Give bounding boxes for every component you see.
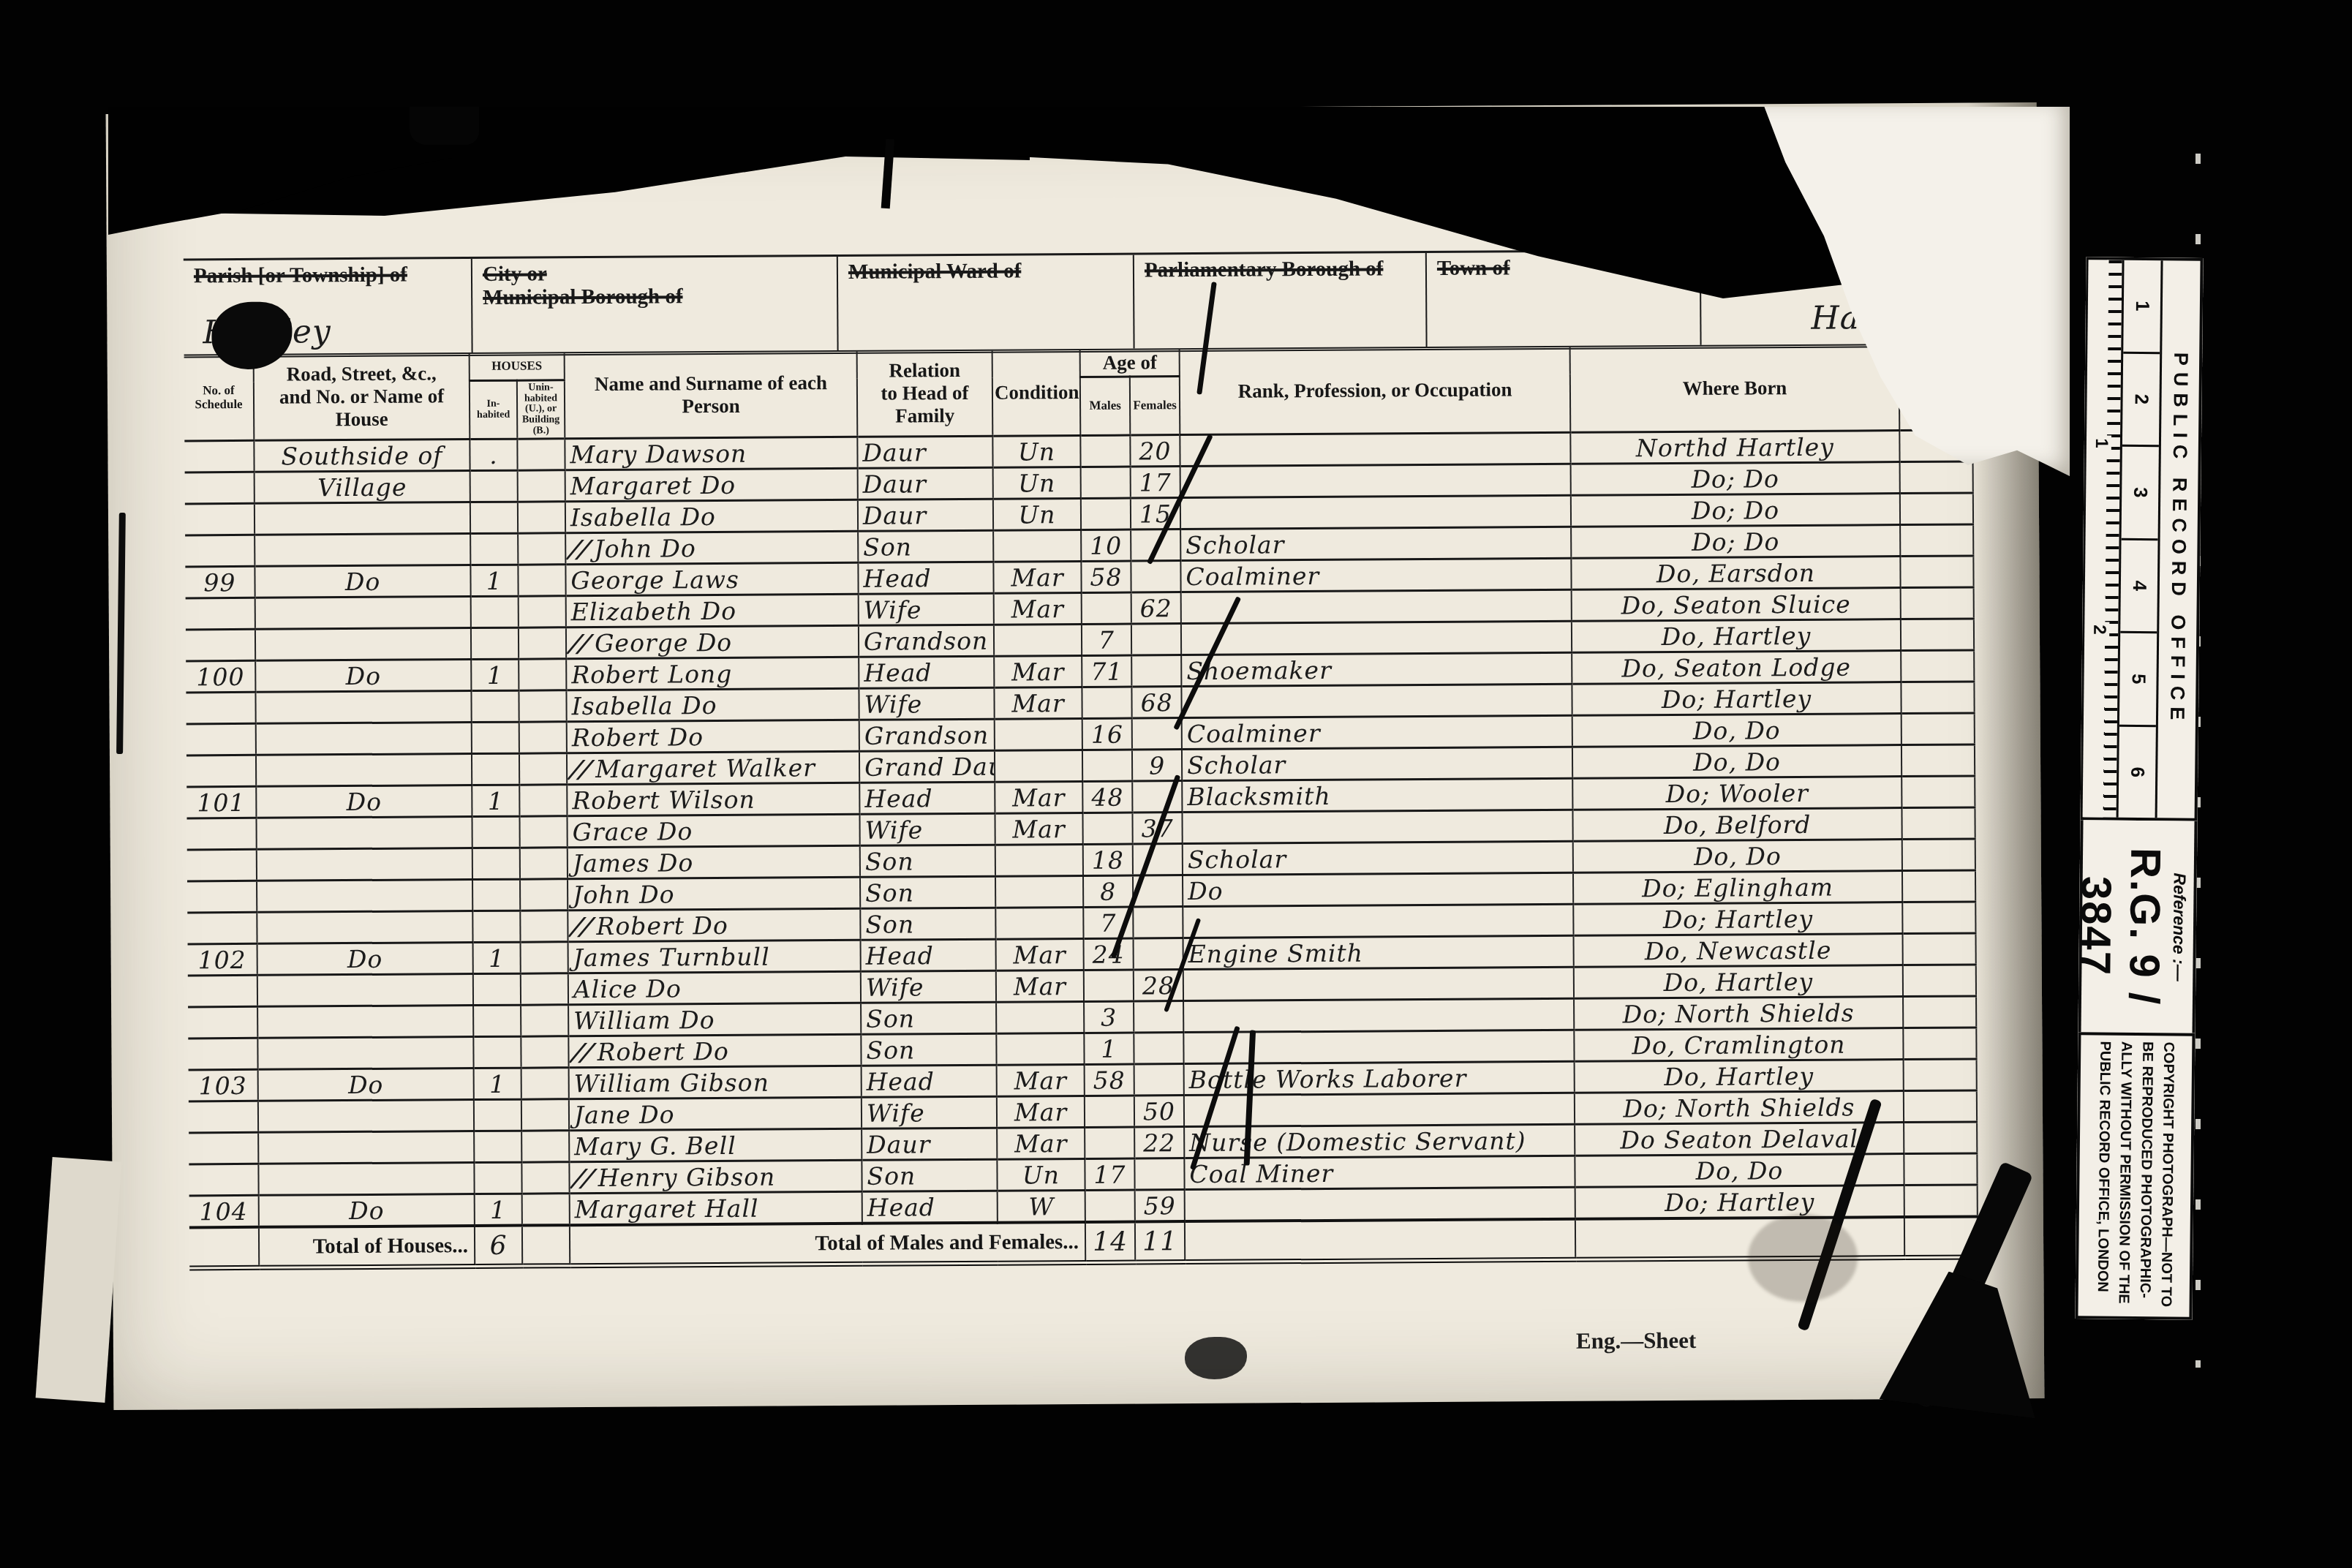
pen-stroke [116,513,126,754]
cell-road [257,880,472,913]
cell-uninhabited [521,1099,569,1131]
cell-condition: Un [997,1159,1085,1191]
cell-trailing [1902,902,1975,934]
cell-trailing [1901,745,1975,777]
cell-born: Northd Hartley [1570,431,1899,464]
cell-born: Do, Cramlington [1574,1028,1903,1062]
cell-inhabited [471,628,519,660]
totals-houses-label: Total of Houses... [259,1226,475,1268]
cell-age-male: 48 [1082,782,1132,813]
person-name: Alice Do [573,974,682,1003]
cell-relation: Son [861,1034,996,1066]
cell-relation: Grandson [859,720,995,752]
cell-inhabited: 1 [470,565,518,597]
cell-relation: Head [859,783,995,815]
person-name: Jane Do [574,1100,675,1129]
cell-uninhabited [519,659,566,690]
cell-condition: Mar [995,782,1082,814]
cell-road [258,1131,474,1164]
cell-age-male: 10 [1081,530,1131,562]
cell-occupation [1183,999,1574,1033]
location-field: City or Municipal Borough of [472,257,839,353]
cell-schedule [185,472,255,505]
adjacent-page-edge [36,1157,122,1403]
pro-office-title: PUBLIC RECORD OFFICE [2157,260,2200,818]
cell-road: Do [255,565,470,598]
cell-born: Do; Hartley [1575,1186,1904,1219]
cell-age-female [1131,624,1181,655]
cell-schedule [184,441,254,473]
totals-mf-label: Total of Males and Females... [570,1222,1085,1266]
cell-schedule: 100 [186,661,255,693]
cell-trailing [1902,870,1975,902]
cell-trailing [1901,650,1974,682]
cell-road [258,1100,474,1133]
cell-schedule [186,693,255,725]
totals-empty [189,1227,259,1269]
cell-name: //George Do [566,626,859,659]
cell-condition [995,845,1083,877]
cell-age-female: 59 [1135,1190,1185,1221]
sheet-footer-label: Eng.—Sheet [1576,1327,1697,1354]
col-name: Name and Surname of each Person [565,352,858,439]
cell-uninhabited [518,533,565,565]
cell-trailing [1901,776,1975,808]
cell-born: Do; Eglingham [1573,871,1902,905]
ruler-number: 5 [2119,633,2157,727]
cell-schedule [187,881,257,913]
cell-schedule [188,1007,257,1039]
ruler-numbers: 123456 [2119,260,2163,818]
cell-uninhabited [518,470,565,502]
cell-trailing [1904,1122,1977,1154]
cell-schedule [189,1164,258,1196]
col-males: Males [1080,377,1130,436]
ruler-number: 2 [2122,353,2160,447]
cell-trailing [1904,1185,1978,1217]
cell-age-male: 7 [1082,625,1131,656]
cell-inhabited [472,911,520,943]
cell-uninhabited [521,1131,569,1162]
cell-name: John Do [568,878,860,911]
cell-name: Jane Do [569,1098,862,1131]
cell-condition: Mar [996,939,1084,971]
col-born: Where Born [1570,345,1900,433]
cell-schedule [187,850,257,882]
col-females: Females [1130,377,1180,436]
cell-age-female [1133,844,1183,875]
person-name: Elizabeth Do [571,597,736,626]
cell-relation: Head [859,657,994,689]
cell-name: William Do [568,1003,861,1036]
cell-name: Alice Do [568,972,861,1005]
cell-uninhabited [519,627,566,659]
cell-age-female [1132,718,1182,750]
cell-road [257,911,472,944]
location-field: Parliamentary Borough of [1134,253,1428,348]
cell-condition: Mar [997,1128,1085,1160]
cell-occupation: Scholar [1183,842,1573,875]
cell-born: Do, Seaton Lodge [1572,651,1901,685]
cell-name: Elizabeth Do [566,595,859,627]
cell-condition: Mar [994,687,1082,720]
person-name: John Do [573,880,675,909]
cell-born: Do; North Shields [1574,997,1903,1030]
cell-inhabited [473,974,521,1006]
cell-schedule: 102 [188,944,257,976]
cell-road [257,1037,473,1070]
location-field-label: City or Municipal Borough of [483,261,829,310]
person-name: Mary Dawson [570,440,747,469]
cell-trailing [1904,1059,1977,1091]
cell-occupation [1181,590,1572,624]
cell-age-male: 1 [1084,1033,1134,1065]
cell-age-male: 24 [1084,939,1134,970]
cell-uninhabited [521,973,568,1005]
cell-schedule [185,504,255,536]
cell-trailing [1900,556,1973,588]
cell-name: Isabella Do [565,500,858,533]
cell-inhabited: 1 [472,785,519,817]
cell-trailing [1903,965,1976,997]
cell-schedule [188,1039,257,1071]
col-houses: HOUSES [470,353,565,380]
cell-road: Do [257,943,473,976]
cell-inhabited [470,471,518,502]
col-inhabited: In- habited [470,380,517,440]
cell-age-male: 71 [1082,656,1131,687]
cell-age-female: 50 [1134,1096,1184,1127]
cell-uninhabited [518,502,565,533]
cell-occupation [1183,905,1573,938]
cell-born: Do, Hartley [1572,619,1901,653]
cell-born: Do; North Shields [1575,1091,1904,1125]
ink-smudge-faint [1748,1214,1858,1302]
cell-schedule [186,724,256,756]
cell-occupation [1181,622,1572,655]
cell-relation: Son [860,877,995,909]
cell-inhabited [470,502,518,534]
cell-born: Do, Do [1572,745,1901,779]
cell-relation: Daur [858,468,993,500]
cell-trailing [1901,619,1974,651]
pro-copyright-box: COPYRIGHT PHOTOGRAPH—NOT TOBE REPRODUCED… [2075,1032,2195,1320]
cell-age-male: 17 [1085,1158,1134,1190]
cell-name: Mary G. Bell [569,1129,862,1162]
tally-mark: // [565,535,597,563]
cell-road [256,723,472,755]
cell-name: George Laws [565,563,858,596]
tally-mark: // [569,1164,600,1192]
table-header: No. of ScheduleRoad, Street, &c., and No… [184,344,1973,441]
cell-road: Do [258,1068,474,1101]
cell-road [255,628,471,661]
cell-condition: Un [993,467,1081,500]
cell-trailing [1900,524,1973,557]
cell-name: Robert Wilson [567,783,859,816]
cell-relation: Wife [861,971,996,1003]
cell-occupation: Scholar [1180,527,1571,561]
cell-condition: Mar [994,593,1082,625]
cell-inhabited: 1 [475,1194,522,1226]
cell-occupation: Blacksmith [1182,779,1572,813]
cell-condition [993,530,1081,562]
cell-condition: Mar [997,1065,1085,1097]
cell-trailing [1901,682,1974,714]
copyright-line: PUBLIC RECORD OFFICE, LONDON [2092,1041,2116,1310]
col-condition: Condition [992,350,1081,437]
tally-mark: // [567,755,598,783]
ruler-number: 6 [2119,726,2156,818]
reference-value: R.G. 9 / 3847 [2070,823,2171,1030]
cell-age-male [1082,813,1132,845]
cell-name: Margaret Do [565,469,858,502]
table-body: Southside of.Mary DawsonDaurUn20Northd H… [184,430,1978,1227]
cell-name: James Do [568,846,860,879]
cell-age-female: 62 [1131,592,1181,624]
cell-schedule [189,1101,258,1134]
cell-name: //Robert Do [568,909,860,942]
cell-trailing [1901,587,1974,619]
cell-relation: Daur [862,1128,997,1161]
cell-uninhabited [522,1194,570,1225]
cell-condition [995,908,1083,940]
cell-occupation [1184,1093,1575,1127]
cell-inhabited [474,1163,521,1194]
person-name: Mary G. Bell [574,1131,736,1161]
cell-schedule [188,976,257,1008]
cell-name: //Margaret Walker [567,752,859,785]
cell-schedule [185,535,255,568]
cell-age-female [1134,1158,1184,1190]
cell-age-female [1134,1064,1184,1096]
location-field-label: Parish [or Township] of [194,263,464,288]
cell-uninhabited [521,1068,569,1099]
cell-born: Do, Hartley [1575,1060,1904,1093]
cell-relation: Daur [858,500,993,532]
cell-condition [995,750,1082,783]
cell-condition: Mar [997,1096,1085,1128]
cell-uninhabited [519,753,567,785]
cell-inhabited [472,880,520,911]
cell-age-male: 18 [1083,845,1133,876]
cell-occupation [1183,1030,1574,1064]
person-name: Margaret Walker [595,753,815,783]
ruler-tick-mask [2083,260,2109,817]
cell-age-female: 22 [1134,1127,1184,1158]
cell-relation: Son [860,908,995,941]
cell-born: Do; Hartley [1573,902,1902,936]
cell-road [255,691,471,724]
cell-age-male [1085,1190,1135,1221]
cell-occupation: Bottle Works Laborer [1184,1062,1575,1096]
cell-schedule [187,913,257,945]
cell-condition [996,1033,1084,1066]
totals-empty [522,1225,570,1266]
cell-road [256,754,472,787]
person-name: Henry Gibson [598,1162,776,1191]
cell-relation: Grand Daur [859,751,995,783]
cell-uninhabited [520,848,568,879]
cell-inhabited: . [470,440,517,471]
cell-relation: Head [858,562,993,595]
cell-relation: Grandson [859,625,994,657]
col-uninhabited: Unin- habited (U.), or Building (B.) [517,380,565,440]
col-relation: Relation to Head of Family [857,351,993,437]
cell-inhabited [473,1006,521,1037]
cell-uninhabited [519,816,567,848]
totals-males-value: 14 [1085,1221,1135,1262]
cell-occupation [1180,464,1571,498]
cell-born: Do; Do [1571,525,1900,559]
cell-trailing [1903,1028,1976,1060]
tally-mark: // [566,629,598,657]
person-name: Isabella Do [571,691,717,720]
tally-mark: // [568,912,599,941]
cell-age-male [1081,499,1131,530]
cell-uninhabited [519,596,566,627]
person-name: Grace Do [573,817,693,846]
pro-strip-content: PUBLIC RECORD OFFICE 123456 12 Reference… [2075,257,2203,1320]
cell-age-female [1134,1001,1183,1033]
cell-occupation: Engine Smith [1183,936,1574,970]
copyright-line: BE REPRODUCED PHOTOGRAPHIC- [2134,1041,2158,1311]
copyright-line: COPYRIGHT PHOTOGRAPH—NOT TO [2155,1041,2179,1311]
cell-age-male [1085,1096,1134,1127]
cell-name: Margaret Hall [570,1192,862,1225]
ruler-ticks: 12 [2084,260,2125,817]
person-name: Isabella Do [570,502,716,532]
cell-condition: Mar [995,813,1082,845]
cell-age-male [1082,750,1132,782]
ruler-inch-number: 2 [2089,622,2110,638]
person-name: George Do [595,628,732,657]
census-table: No. of ScheduleRoad, Street, &c., and No… [184,344,1979,1270]
pro-ruler-box: PUBLIC RECORD OFFICE 123456 12 [2081,257,2204,821]
cell-born: Do, Belford [1572,808,1901,842]
cell-born: Do, Seaton Sluice [1572,588,1901,622]
cell-uninhabited [520,911,568,942]
cell-condition: Mar [996,970,1084,1003]
person-name: Margaret Hall [575,1194,759,1224]
cell-relation: Son [860,845,995,878]
cell-born: Do; Hartley [1572,682,1901,716]
cell-age-male: 58 [1081,562,1131,593]
cell-age-female [1131,655,1181,687]
cell-condition [996,1002,1084,1034]
cell-inhabited [474,1100,521,1131]
cell-born: Do, Hartley [1574,965,1903,999]
cell-name: //John Do [565,532,858,565]
cell-inhabited [474,1131,521,1163]
cell-road: Do [255,660,471,693]
cell-relation: Son [861,1003,996,1035]
cell-occupation: Coalminer [1180,559,1571,592]
cell-trailing [1903,996,1976,1028]
cell-relation: Wife [859,688,994,720]
cell-uninhabited [521,1005,568,1036]
cell-road [258,1163,474,1196]
cell-road [256,817,472,850]
cell-uninhabited [519,722,567,753]
cell-uninhabited [517,439,565,470]
cell-occupation: Do [1183,873,1573,907]
cell-age-male [1080,436,1130,467]
cell-age-female [1134,1033,1183,1064]
cell-inhabited: 1 [474,1068,521,1100]
cell-inhabited [472,817,519,848]
cell-road: Village [255,471,470,504]
cell-inhabited: 1 [473,943,521,974]
ink-blob-top [410,107,479,145]
cell-road: Do [256,785,472,818]
cell-occupation: Scholar [1182,747,1572,781]
cell-occupation: Shoemaker [1181,653,1572,687]
cell-schedule: 99 [185,567,255,599]
cell-age-male [1082,593,1131,625]
cell-occupation [1183,810,1573,844]
cell-name: Grace Do [568,815,860,848]
person-name: Robert Do [572,723,704,752]
cell-age-female: 68 [1131,687,1181,718]
cell-occupation [1180,433,1570,467]
cell-road [257,1006,473,1039]
reference-label: Reference :— [2168,823,2190,1030]
person-name: Margaret Do [570,471,736,500]
pro-reference-strip: PUBLIC RECORD OFFICE 123456 12 Reference… [2075,257,2203,1320]
cell-born: Do, Newcastle [1574,934,1903,968]
cell-occupation: Coal Miner [1184,1156,1575,1190]
cell-born: Do; Do [1571,494,1900,527]
cell-road [255,534,470,567]
cell-born: Do, Earsdon [1571,557,1900,590]
cell-uninhabited [520,879,568,911]
cell-age-female: 17 [1131,467,1180,498]
person-name: Robert Do [597,1037,728,1066]
cell-relation: Daur [857,437,992,469]
cell-relation: Wife [859,814,995,846]
cell-occupation [1181,685,1572,718]
cell-occupation [1185,1188,1575,1221]
person-name: William Do [573,1006,715,1035]
cell-name: Mary Dawson [565,437,857,470]
cell-name: //Robert Do [568,1035,861,1068]
col-age: Age of [1080,350,1180,377]
person-name: John Do [594,534,696,563]
col-road: Road, Street, &c., and No. or Name of Ho… [254,354,470,441]
totals-empty [1185,1219,1575,1262]
person-name: Robert Long [571,660,732,689]
cell-name: James Turnbull [568,941,861,973]
cell-age-male: 3 [1084,1002,1134,1033]
cell-trailing [1900,461,1973,494]
cell-age-male [1081,467,1131,499]
cell-trailing [1901,713,1975,745]
cell-trailing [1900,493,1973,525]
location-field-label: Parliamentary Borough of [1145,257,1418,282]
person-name: James Turnbull [573,943,770,973]
cell-inhabited [472,848,520,880]
cell-occupation [1180,496,1571,529]
cell-condition: Mar [994,656,1082,688]
cell-uninhabited [519,785,567,816]
cell-occupation: Nurse (Domestic Servant) [1184,1125,1575,1158]
cell-condition: Mar [993,562,1081,594]
cell-born: Do; Do [1571,462,1900,496]
cell-age-female [1134,938,1183,970]
cell-inhabited [472,723,519,754]
person-name: Robert Wilson [572,785,755,815]
